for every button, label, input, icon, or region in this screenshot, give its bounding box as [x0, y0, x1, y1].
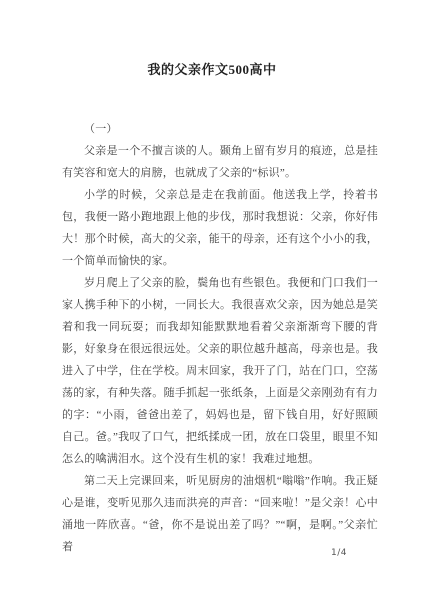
document-body: （一） 父亲是一个不擅言谈的人。颞角上留有岁月的痕迹，总是挂有笑容和宽大的肩膀，…: [62, 118, 378, 558]
paragraph: 父亲是一个不擅言谈的人。颞角上留有岁月的痕迹，总是挂有笑容和宽大的肩膀，也就成了…: [62, 140, 378, 184]
paragraph: 第二天上完课回来，听见厨房的油烟机“嗡嗡”作响。我正疑心是谁，变听见那久违而洪亮…: [62, 470, 378, 558]
paragraph: 岁月爬上了父亲的脸，鬓角也有些银色。我便和门口我们一家人携手种下的小树，一同长大…: [62, 272, 378, 470]
page-indicator: 1/4: [331, 548, 347, 558]
document-title: 我的父亲作文500高中: [0, 0, 424, 78]
section-marker: （一）: [62, 118, 378, 140]
paragraph: 小学的时候，父亲总是走在我前面。他送我上学，拎着书包，我便一路小跑地跟上他的步伐…: [62, 184, 378, 272]
document-page: 我的父亲作文500高中 （一） 父亲是一个不擅言谈的人。颞角上留有岁月的痕迹，总…: [0, 0, 424, 600]
